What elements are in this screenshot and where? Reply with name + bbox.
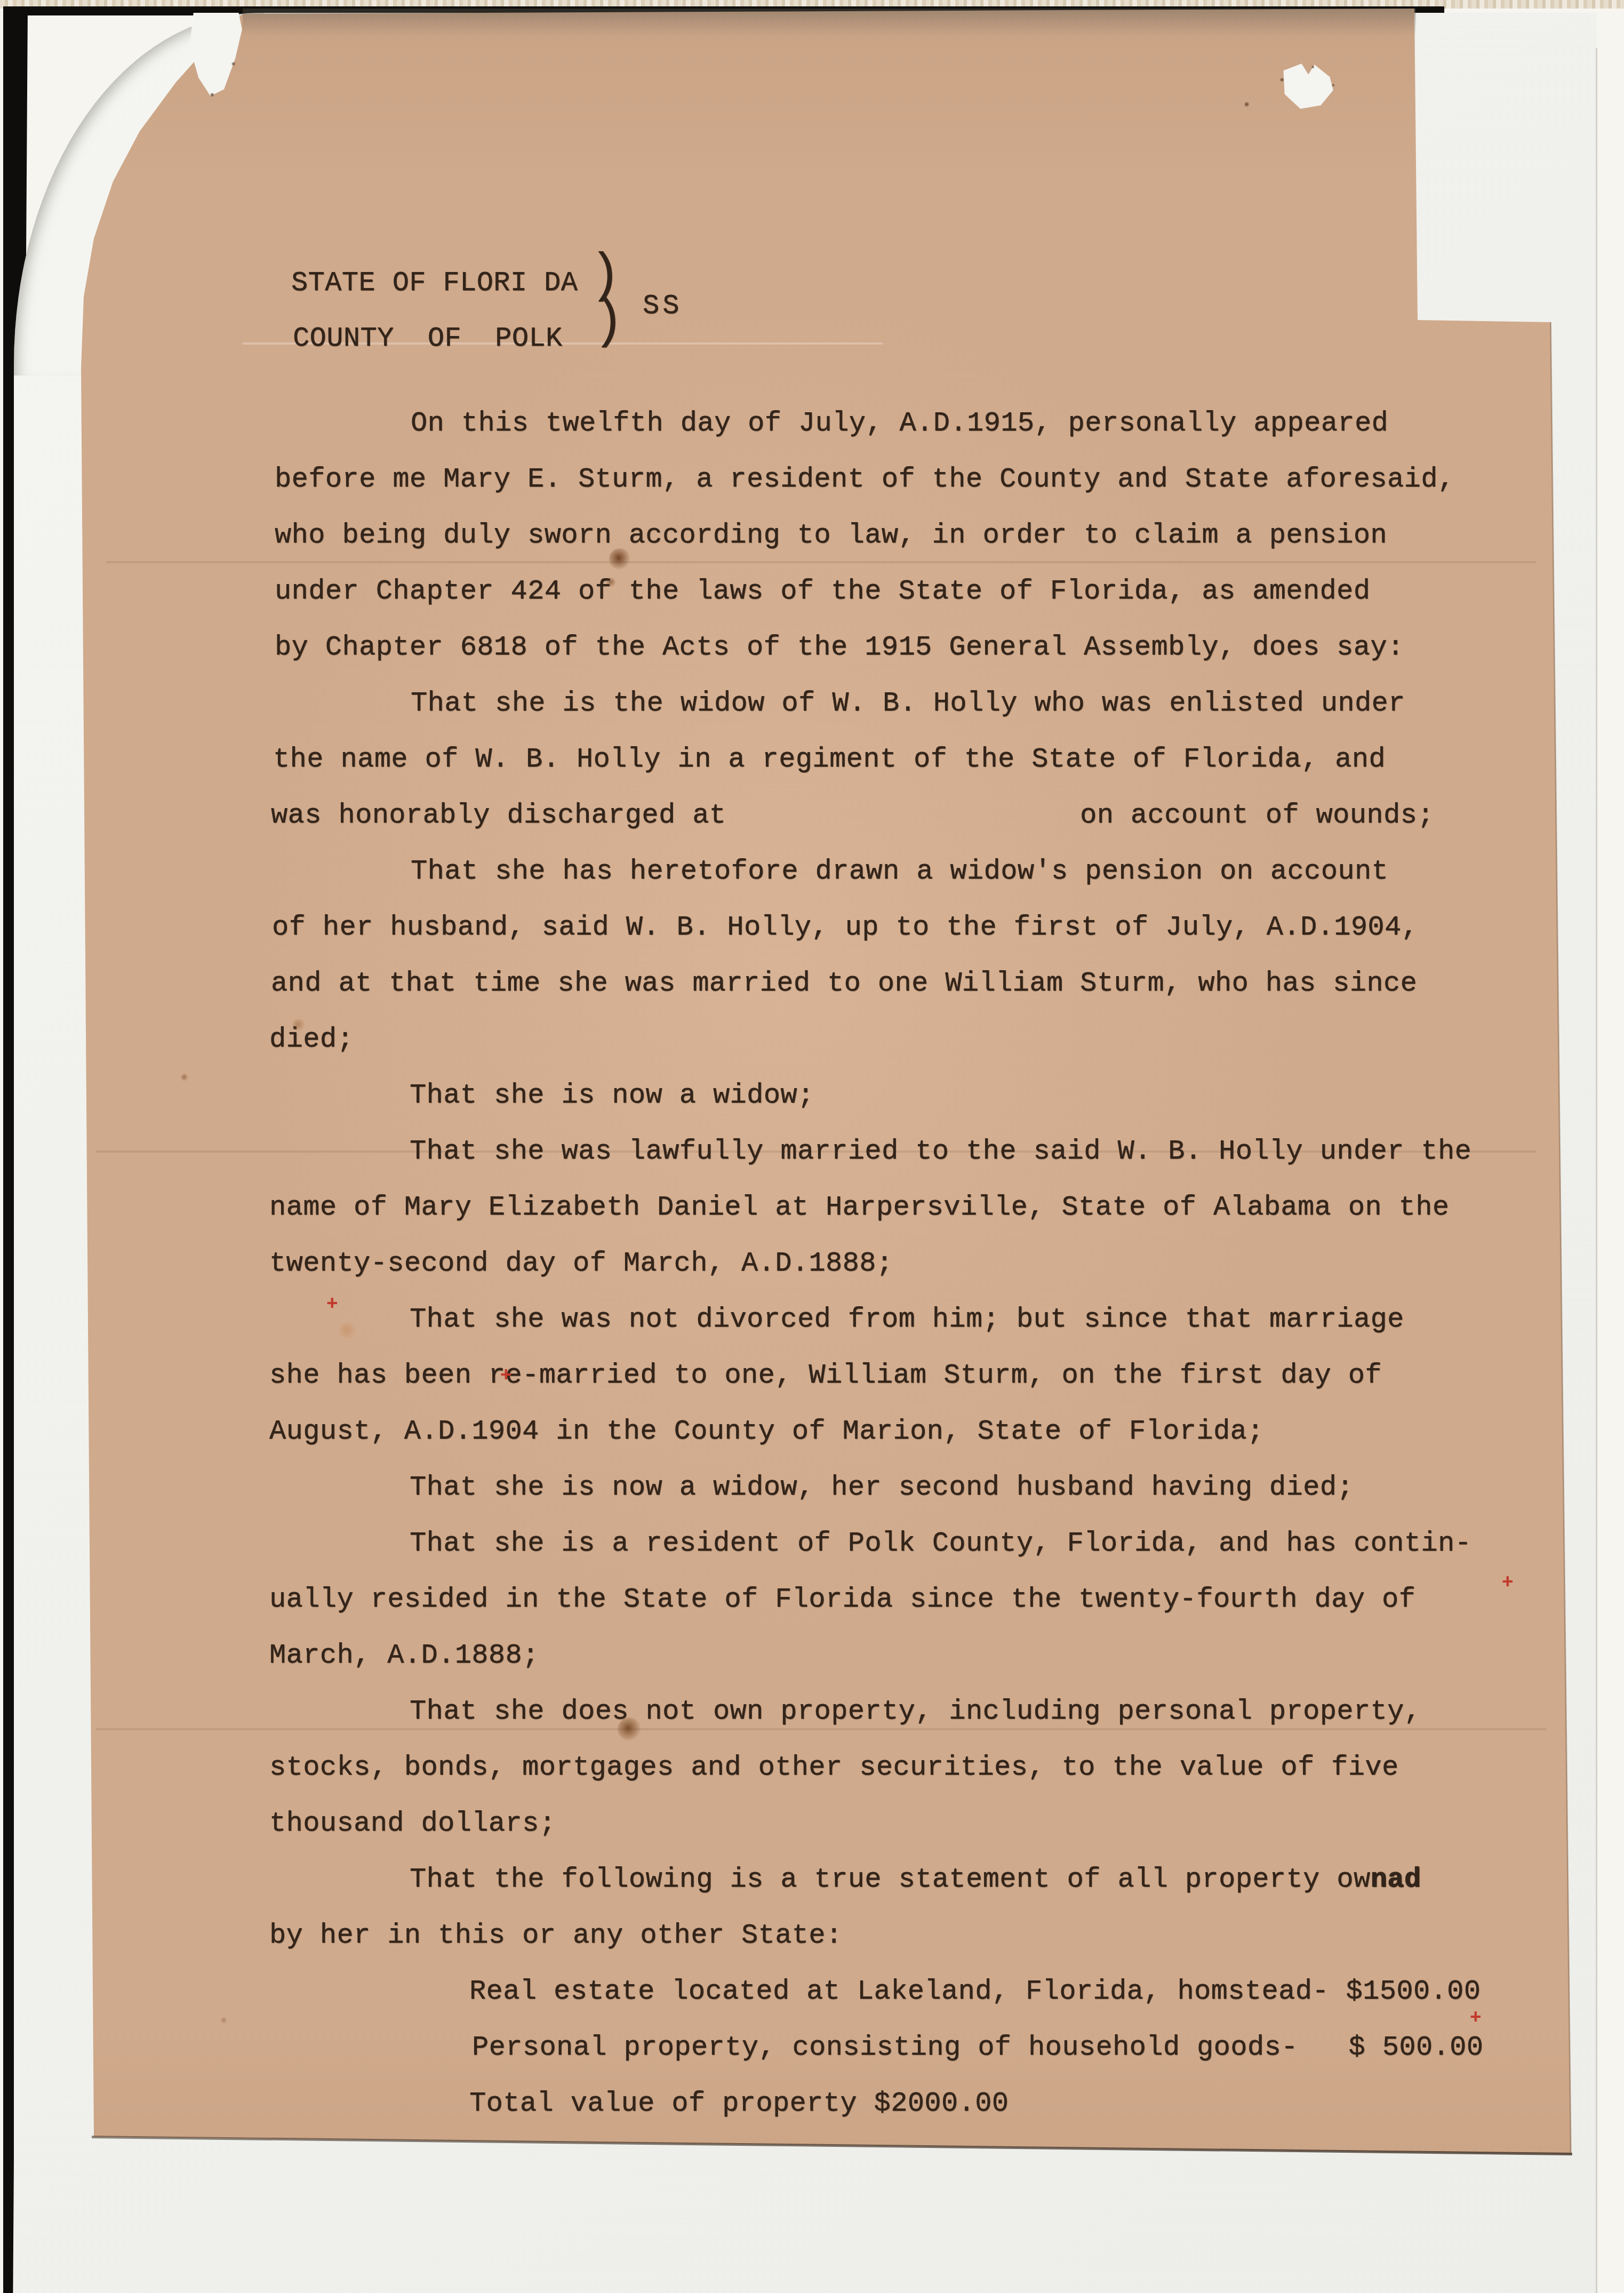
red-plus-mark: + (500, 1367, 512, 1386)
typed-line: Total value of property $2000.00 (469, 2090, 1009, 2118)
red-plus-mark: + (1502, 1573, 1514, 1593)
stain-mark (609, 548, 630, 570)
typed-line: died; (269, 1026, 354, 1053)
typed-line: thousand dollars; (269, 1810, 556, 1837)
stain-mark (210, 93, 214, 97)
stain-mark (606, 578, 616, 587)
stain-mark (1311, 66, 1315, 69)
typed-line: That she does not own property, includin… (410, 1698, 1421, 1725)
red-plus-mark: + (1470, 2009, 1482, 2028)
heading-county-line: COUNTY OF POLK (293, 325, 563, 353)
typed-line: That she is the widow of W. B. Holly who… (411, 690, 1405, 717)
stain-mark (339, 1322, 356, 1339)
typed-line: by her in this or any other State: (269, 1922, 843, 1950)
typed-line: stocks, bonds, mortgages and other secur… (269, 1754, 1399, 1781)
typed-line: August, A.D.1904 in the County of Marion… (269, 1418, 1264, 1445)
typed-line: Personal property, consisting of househo… (472, 2034, 1483, 2062)
stain-mark (231, 62, 236, 66)
stain-mark (618, 1717, 641, 1741)
typed-line: she has been re-married to one, William … (269, 1362, 1382, 1389)
backing-sheet-edge (1596, 48, 1597, 2293)
heading-brace-bottom: ) (593, 295, 624, 349)
heading-ss-label: SS (643, 292, 682, 320)
typed-line: twenty-second day of March, A.D.1888; (269, 1250, 893, 1277)
typed-line: and at that time she was married to one … (271, 970, 1417, 997)
paper-top-shadow (243, 9, 1416, 36)
typed-line: That she is now a widow; (410, 1082, 814, 1109)
stain-mark (221, 2017, 227, 2024)
typed-line: name of Mary Elizabeth Daniel at Harpers… (269, 1194, 1449, 1221)
typed-line: That she is a resident of Polk County, F… (410, 1530, 1471, 1557)
typed-line: March, A.D.1888; (269, 1642, 539, 1669)
typed-line: was honorably discharged at on account o… (271, 802, 1434, 829)
stain-mark (1332, 84, 1335, 87)
paper-crease (107, 561, 1536, 563)
stain-mark (181, 1074, 188, 1081)
typed-line: under Chapter 424 of the laws of the Sta… (275, 578, 1370, 605)
typed-line: That she was not divorced from him; but … (410, 1306, 1404, 1333)
red-plus-mark: + (326, 1295, 338, 1314)
typed-line-part: nad (1371, 1864, 1421, 1895)
stain-mark (1280, 78, 1284, 82)
stain-mark (292, 1019, 305, 1032)
typed-line: That she was lawfully married to the sai… (410, 1138, 1471, 1165)
scanned-document-page: STATE OF FLORI DA COUNTY OF POLK ) ) SS … (0, 0, 1624, 2293)
typed-line: the name of W. B. Holly in a regiment of… (273, 746, 1386, 773)
typed-line: That she is now a widow, her second husb… (410, 1474, 1354, 1501)
typed-line: who being duly sworn according to law, i… (275, 522, 1387, 549)
typed-line: That she has heretofore drawn a widow's … (411, 858, 1388, 885)
typed-line: before me Mary E. Sturm, a resident of t… (275, 466, 1454, 493)
heading-state-line: STATE OF FLORI DA (291, 269, 578, 297)
typed-line: of her husband, said W. B. Holly, up to … (272, 914, 1418, 941)
stain-mark (1244, 102, 1250, 107)
typed-line: Real estate located at Lakeland, Florida… (469, 1978, 1481, 2006)
typed-line: On this twelfth day of July, A.D.1915, p… (411, 410, 1388, 437)
typed-line: That the following is a true statement o… (410, 1866, 1421, 1893)
typed-line: by Chapter 6818 of the Acts of the 1915 … (275, 634, 1404, 661)
typed-line: ually resided in the State of Florida si… (269, 1586, 1415, 1613)
typed-line-part: That the following is a true statement o… (410, 1864, 1371, 1895)
paper-crease (96, 1728, 1547, 1730)
